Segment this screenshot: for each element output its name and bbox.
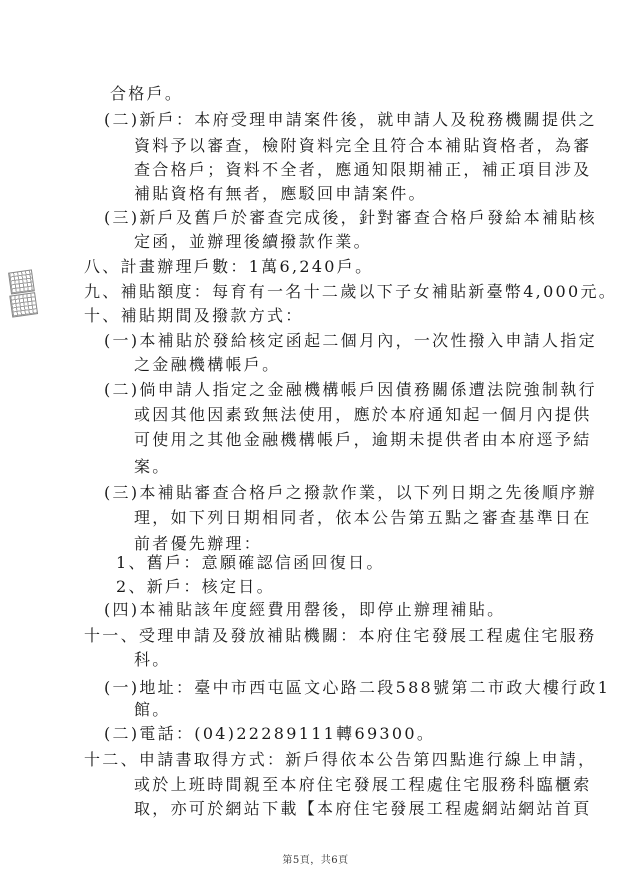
- text-line: 合格戶。: [110, 84, 183, 104]
- text-line: 理，如下列日期相同者，依本公告第五點之審查基準日在: [134, 508, 592, 528]
- text-line: 2、新戶：核定日。: [116, 577, 275, 597]
- text-line: (三)新戶及舊戶於審查完成後，針對審查合格戶發給本補貼核: [104, 208, 597, 228]
- text-line: 1、舊戶：意願確認信函回復日。: [116, 553, 385, 573]
- text-line: (一)地址：臺中市西屯區文心路二段588號第二市政大樓行政1: [104, 678, 610, 698]
- text-line: 定函，並辦理後續撥款作業。: [134, 232, 372, 252]
- text-line: (一)本補貼於發給核定函起二個月內，一次性撥入申請人指定: [104, 331, 597, 351]
- text-line: 取，亦可於網站下載【本府住宅發展工程處網站網站首頁: [134, 799, 592, 819]
- text-line: 十、補貼期間及撥款方式：: [84, 306, 304, 326]
- text-line: 案。: [134, 457, 171, 477]
- text-line: 前者優先辦理：: [134, 534, 262, 554]
- text-line: 十一、受理申請及發放補貼機關：本府住宅發展工程處住宅服務: [84, 626, 596, 646]
- text-line: 十二、申請書取得方式：新戶得依本公告第四點進行線上申請，: [84, 750, 596, 770]
- text-line: (二)新戶：本府受理申請案件後，就申請人及稅務機關提供之: [104, 110, 597, 130]
- text-line: (三)本補貼審查合格戶之撥款作業，以下列日期之先後順序辦: [104, 483, 597, 503]
- text-line: (二)倘申請人指定之金融機構帳戶因債務關係遭法院強制執行: [104, 380, 597, 400]
- text-line: (四)本補貼該年度經費用罄後，即停止辦理補貼。: [104, 600, 505, 620]
- text-line: 館。: [134, 700, 171, 720]
- text-line: 八、計畫辦理戶數：1萬6,240戶。: [84, 257, 373, 277]
- text-line: (二)電話：(04)22289111轉69300。: [104, 724, 435, 744]
- text-line: 或於上班時間親至本府住宅發展工程處住宅服務科臨櫃索: [134, 775, 592, 795]
- seam-seal-stamp-icon: [6, 269, 38, 316]
- text-line: 九、補貼額度：每育有一名十二歲以下子女補貼新臺幣4,000元。: [84, 282, 617, 302]
- page-number: 第5頁，共6頁: [0, 851, 631, 866]
- text-line: 資料予以審查，檢附資料完全且符合本補貼資格者，為審: [134, 136, 592, 156]
- text-line: 之金融機構帳戶。: [134, 355, 280, 375]
- text-line: 或因其他因素致無法使用，應於本府通知起一個月內提供: [134, 405, 592, 425]
- text-line: 可使用之其他金融機構帳戶，逾期未提供者由本府逕予結: [134, 430, 592, 450]
- text-line: 科。: [134, 650, 171, 670]
- text-line: 查合格戶；資料不全者，應通知限期補正，補正項目涉及: [134, 160, 592, 180]
- text-line: 補貼資格有無者，應駁回申請案件。: [134, 184, 427, 204]
